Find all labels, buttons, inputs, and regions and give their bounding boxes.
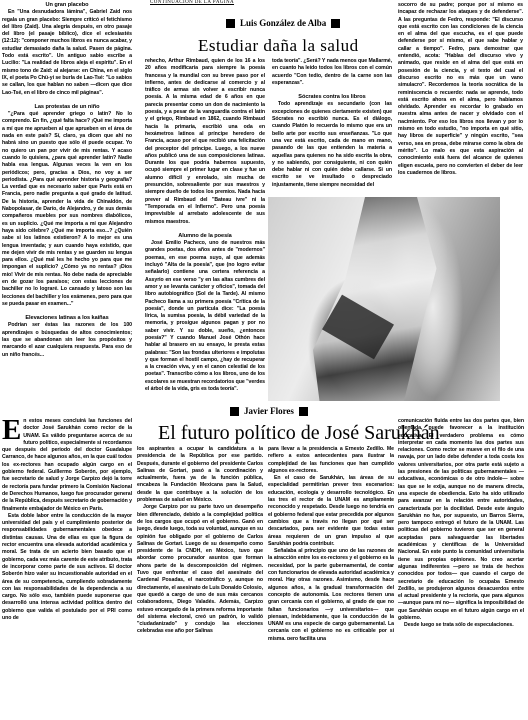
paragraph: "¿Para qué aprender griego o latín? No l… (2, 111, 132, 308)
paragraph: socorro de su padre; porque por sí mismo… (398, 2, 523, 177)
article2-column-1: En estos meses concluirá las funciones d… (2, 418, 132, 640)
paragraph: comunicación fluida entre las dos partes… (398, 418, 524, 622)
article1-byline: Luis González de Alba (226, 18, 340, 28)
article1-photo (268, 197, 500, 401)
article2-column-4: comunicación fluida entre las dos partes… (398, 418, 524, 650)
paragraph: rehecho, Arthur Rimbaud, quien de los 16… (145, 58, 265, 226)
article1-column-2: rehecho, Arthur Rimbaud, quien de los 16… (145, 58, 265, 400)
subhead: Las protestas de un niño (2, 104, 132, 111)
subhead: Sócrates contra los libros (272, 94, 392, 101)
byline-square-icon (226, 19, 235, 28)
subhead: Elevaciones latinas a los kaíñas (2, 315, 132, 322)
byline-square-icon (299, 407, 308, 416)
paragraph: Podrían ser éstas las razones de los 100… (2, 322, 132, 358)
paragraph: Jorge Carpizo por su parte tuvo un desem… (137, 504, 263, 635)
article2-column-3: para llevar a la presidencia a Ernesto Z… (268, 446, 394, 640)
paragraph: En "Una desnudadora lámina", Gabriel Zai… (2, 9, 132, 97)
paragraph: Señalaba al principio que uno de las raz… (268, 548, 394, 640)
article1-column-1: Un gran placebo En "Una desnudadora lámi… (2, 2, 132, 359)
article1-author: Luis González de Alba (240, 18, 326, 28)
article2-column-2: los aspirantes a ocupar la candidatura a… (137, 446, 263, 640)
paragraph: toda teoría". ¿Será? Y nada menos que Ma… (272, 58, 392, 87)
byline-square-icon (230, 407, 239, 416)
paragraph: Desde luego se trata sólo de especulacio… (398, 622, 524, 629)
byline-square-icon (331, 19, 340, 28)
dropcap: E (2, 419, 21, 441)
photo-figure (313, 197, 443, 401)
paragraph: para llevar a la presidencia a Ernesto Z… (268, 446, 394, 475)
paragraph: En el caso de Sarukhán, las áreas de su … (268, 475, 394, 548)
article1-title: Estudiar daña la salud (198, 36, 359, 56)
paragraph: En estos meses concluirá las funciones d… (2, 418, 132, 513)
article2-byline: Javier Flores (230, 406, 308, 416)
paragraph: Todo aprendizaje es secundario (con las … (272, 101, 392, 189)
paragraph: los aspirantes a ocupar la candidatura a… (137, 446, 263, 504)
paragraph: Esta doble labor entre la conducción de … (2, 513, 132, 622)
paragraph: José Emilio Pacheco, uno de nuestros más… (145, 240, 265, 393)
subhead: Alumno de la poesía (145, 233, 265, 240)
article1-column-4: socorro de su padre; porque por sí mismo… (398, 2, 523, 194)
subhead: Un gran placebo (2, 2, 132, 9)
paragraph-text: n estos meses concluirá las funciones de… (2, 418, 132, 512)
article1-column-3: toda teoría". ¿Será? Y nada menos que Ma… (272, 58, 392, 194)
running-head: CONTINUACIÓN DE LA PÁGINA (150, 0, 234, 5)
article2-author: Javier Flores (244, 406, 294, 416)
